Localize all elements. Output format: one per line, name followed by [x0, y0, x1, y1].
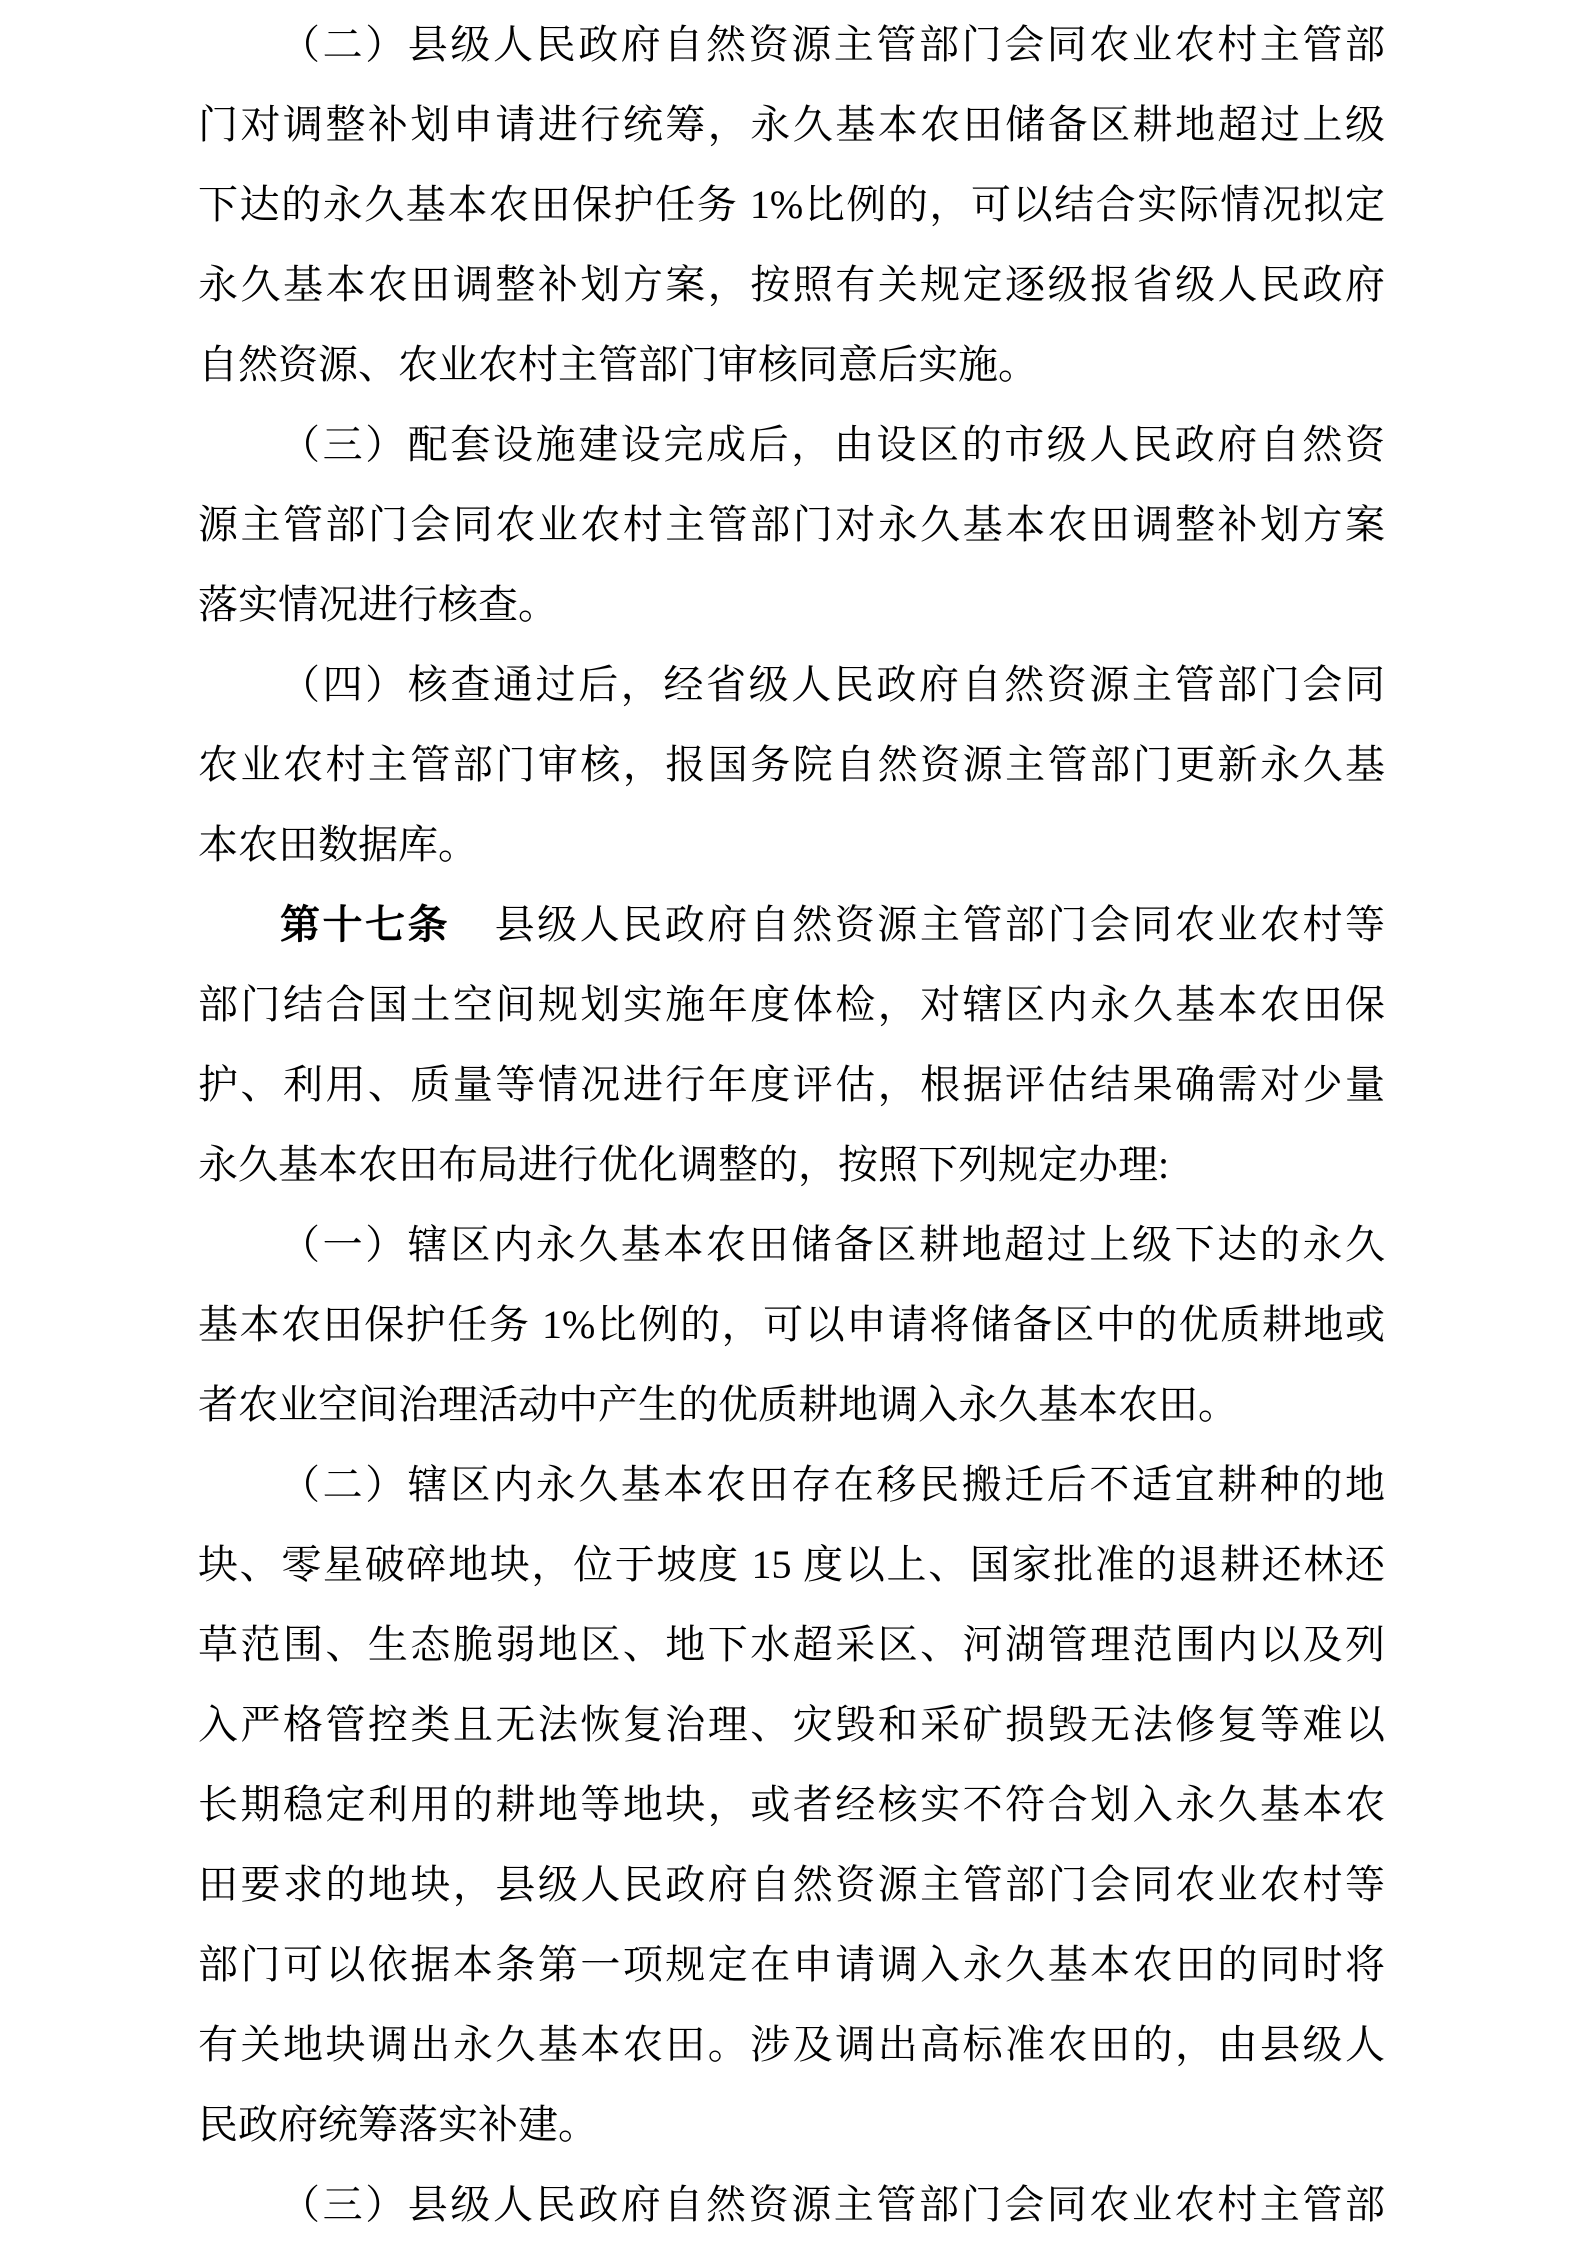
text-line: （二）县级人民政府自然资源主管部门会同农业农村主管部: [198, 5, 1385, 85]
text-line: 第十七条县级人民政府自然资源主管部门会同农业农村等: [198, 885, 1385, 965]
line-text: 护、利用、质量等情况进行年度评估，根据评估结果确需对少量: [198, 1062, 1385, 1107]
document-page: { "page": { "background_color": "#ffffff…: [0, 0, 1587, 2245]
text-line: （二）辖区内永久基本农田存在移民搬迁后不适宜耕种的地: [198, 1445, 1385, 1525]
text-block: （二）县级人民政府自然资源主管部门会同农业农村主管部门对调整补划申请进行统筹，永…: [198, 5, 1385, 2245]
text-line: 护、利用、质量等情况进行年度评估，根据评估结果确需对少量: [198, 1045, 1385, 1125]
line-text: 有关地块调出永久基本农田。涉及调出高标准农田的，由县级人: [198, 2022, 1385, 2067]
text-line: 有关地块调出永久基本农田。涉及调出高标准农田的，由县级人: [198, 2005, 1385, 2085]
article-number: 第十七条: [280, 902, 450, 947]
text-line: （四）核查通过后，经省级人民政府自然资源主管部门会同: [198, 645, 1385, 725]
text-line: 本农田数据库。: [198, 805, 1385, 885]
text-line: 门对调整补划申请进行统筹，永久基本农田储备区耕地超过上级: [198, 85, 1385, 165]
line-text: 县级人民政府自然资源主管部门会同农业农村等: [492, 902, 1385, 947]
text-line: 长期稳定利用的耕地等地块，或者经核实不符合划入永久基本农: [198, 1765, 1385, 1845]
text-line: 农业农村主管部门审核，报国务院自然资源主管部门更新永久基: [198, 725, 1385, 805]
line-text: 农业农村主管部门审核，报国务院自然资源主管部门更新永久基: [198, 742, 1385, 787]
line-text: 永久基本农田调整补划方案，按照有关规定逐级报省级人民政府: [198, 262, 1385, 307]
line-text: 部门可以依据本条第一项规定在申请调入永久基本农田的同时将: [198, 1942, 1385, 1987]
text-line: 草范围、生态脆弱地区、地下水超采区、河湖管理范围内以及列: [198, 1605, 1385, 1685]
text-line: （一）辖区内永久基本农田储备区耕地超过上级下达的永久: [198, 1205, 1385, 1285]
text-line: 自然资源、农业农村主管部门审核同意后实施。: [198, 325, 1385, 405]
text-line: 块、零星破碎地块，位于坡度 15 度以上、国家批准的退耕还林还: [198, 1525, 1385, 1605]
line-text: 者农业空间治理活动中产生的优质耕地调入永久基本农田。: [198, 1382, 1238, 1427]
text-line: 部门可以依据本条第一项规定在申请调入永久基本农田的同时将: [198, 1925, 1385, 2005]
line-text: 块、零星破碎地块，位于坡度 15 度以上、国家批准的退耕还林还: [198, 1542, 1385, 1587]
line-text: 落实情况进行核查。: [198, 582, 558, 627]
text-line: 者农业空间治理活动中产生的优质耕地调入永久基本农田。: [198, 1365, 1385, 1445]
line-text: 本农田数据库。: [198, 822, 478, 867]
text-line: 下达的永久基本农田保护任务 1%比例的，可以结合实际情况拟定: [198, 165, 1385, 245]
text-line: 永久基本农田布局进行优化调整的，按照下列规定办理:: [198, 1125, 1385, 1205]
text-line: 民政府统筹落实补建。: [198, 2085, 1385, 2165]
line-text: 长期稳定利用的耕地等地块，或者经核实不符合划入永久基本农: [198, 1782, 1385, 1827]
text-line: （三）县级人民政府自然资源主管部门会同农业农村主管部: [198, 2165, 1385, 2245]
line-text: （三）县级人民政府自然资源主管部门会同农业农村主管部: [280, 2182, 1385, 2227]
line-text: （三）配套设施建设完成后，由设区的市级人民政府自然资: [280, 422, 1385, 467]
text-line: 入严格管控类且无法恢复治理、灾毁和采矿损毁无法修复等难以: [198, 1685, 1385, 1765]
line-text: 入严格管控类且无法恢复治理、灾毁和采矿损毁无法修复等难以: [198, 1702, 1385, 1747]
text-line: 落实情况进行核查。: [198, 565, 1385, 645]
text-line: 永久基本农田调整补划方案，按照有关规定逐级报省级人民政府: [198, 245, 1385, 325]
line-text: 自然资源、农业农村主管部门审核同意后实施。: [198, 342, 1038, 387]
text-line: （三）配套设施建设完成后，由设区的市级人民政府自然资: [198, 405, 1385, 485]
line-text: （二）辖区内永久基本农田存在移民搬迁后不适宜耕种的地: [280, 1462, 1385, 1507]
line-text: 门对调整补划申请进行统筹，永久基本农田储备区耕地超过上级: [198, 102, 1385, 147]
line-text: 下达的永久基本农田保护任务 1%比例的，可以结合实际情况拟定: [198, 182, 1385, 227]
line-text: （二）县级人民政府自然资源主管部门会同农业农村主管部: [280, 22, 1385, 67]
text-line: 部门结合国土空间规划实施年度体检，对辖区内永久基本农田保: [198, 965, 1385, 1045]
text-line: 源主管部门会同农业农村主管部门对永久基本农田调整补划方案: [198, 485, 1385, 565]
line-text: 永久基本农田布局进行优化调整的，按照下列规定办理:: [198, 1142, 1169, 1187]
text-line: 田要求的地块，县级人民政府自然资源主管部门会同农业农村等: [198, 1845, 1385, 1925]
line-text: 草范围、生态脆弱地区、地下水超采区、河湖管理范围内以及列: [198, 1622, 1385, 1667]
line-text: 田要求的地块，县级人民政府自然资源主管部门会同农业农村等: [198, 1862, 1385, 1907]
line-text: （一）辖区内永久基本农田储备区耕地超过上级下达的永久: [280, 1222, 1385, 1267]
line-text: 部门结合国土空间规划实施年度体检，对辖区内永久基本农田保: [198, 982, 1385, 1027]
line-text: 源主管部门会同农业农村主管部门对永久基本农田调整补划方案: [198, 502, 1385, 547]
line-text: （四）核查通过后，经省级人民政府自然资源主管部门会同: [280, 662, 1385, 707]
text-line: 基本农田保护任务 1%比例的，可以申请将储备区中的优质耕地或: [198, 1285, 1385, 1365]
line-text: 基本农田保护任务 1%比例的，可以申请将储备区中的优质耕地或: [198, 1302, 1385, 1347]
line-text: 民政府统筹落实补建。: [198, 2102, 598, 2147]
